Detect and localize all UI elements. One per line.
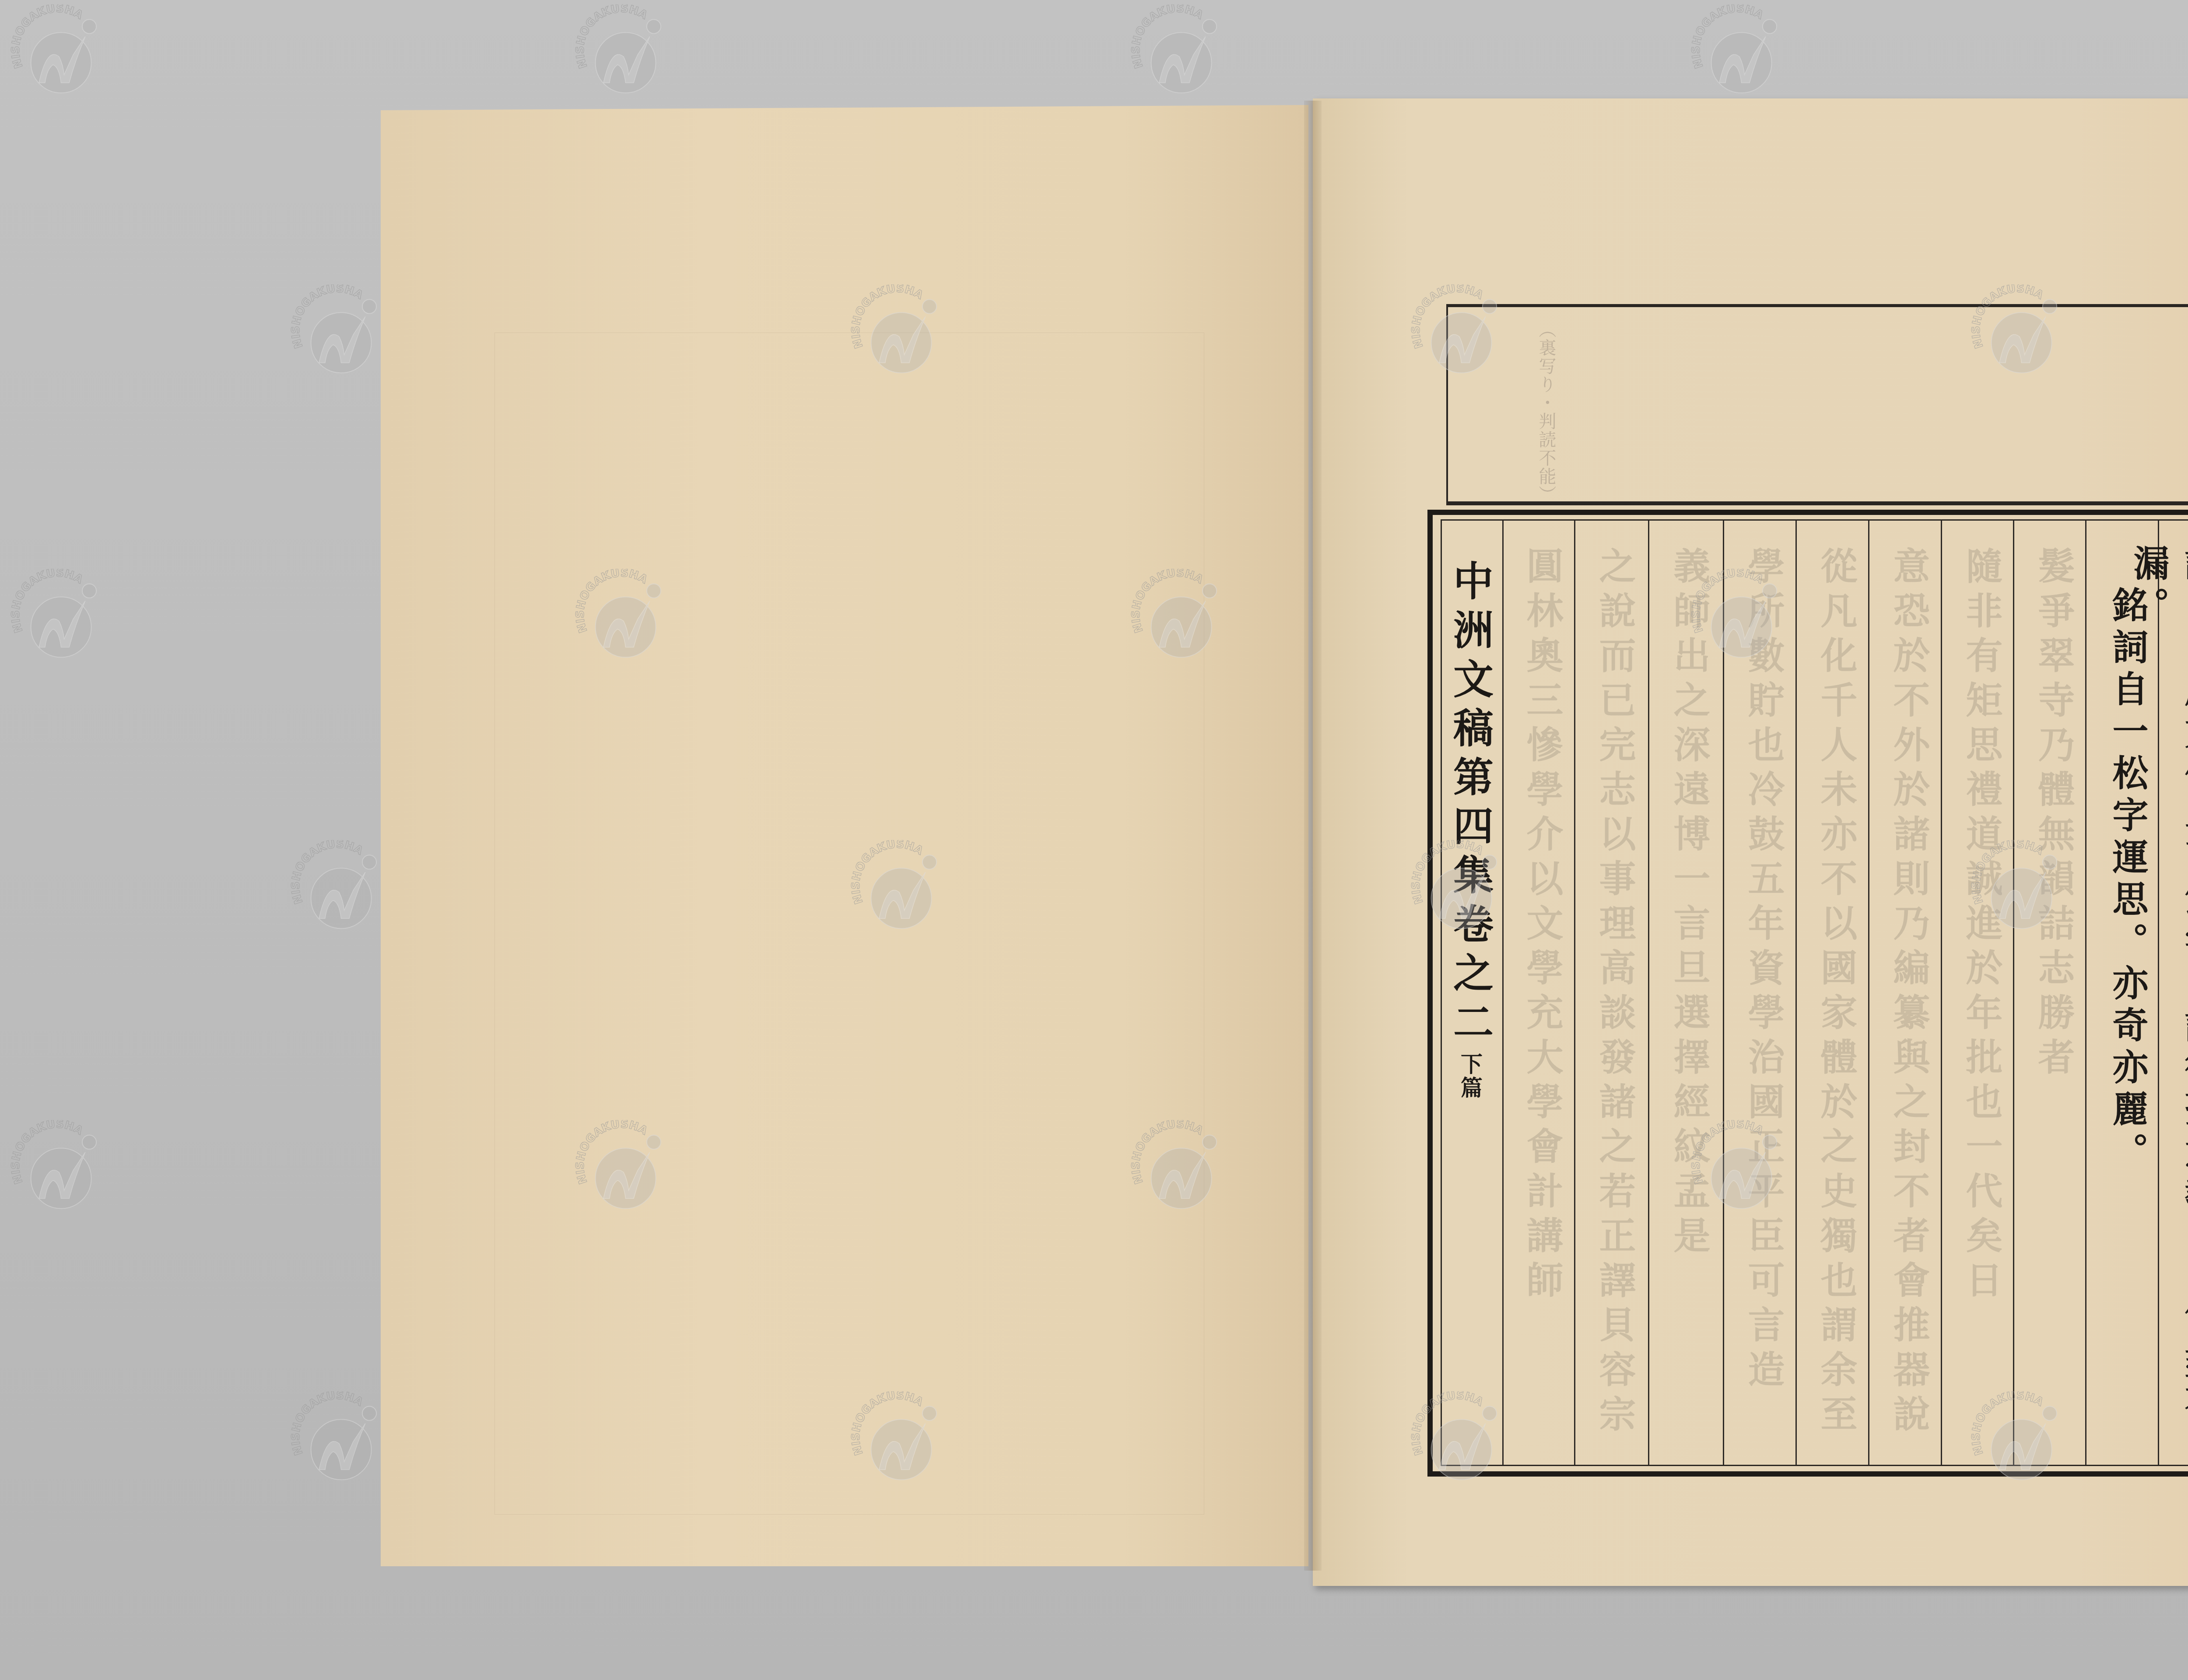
column-rule xyxy=(1868,521,1869,1465)
bleed-through-column: 意恐於不外於諸則乃編纂與之封不者會推器說 xyxy=(1874,547,1936,1447)
column-rule xyxy=(1648,521,1649,1465)
title-column: 中洲文稿第四集卷之二下篇 xyxy=(1446,560,1499,1452)
left-page-blank xyxy=(381,105,1308,1566)
column-rule xyxy=(1795,521,1797,1465)
show-through-text: （裏写り・判読不能） xyxy=(1536,320,1557,501)
commentary-line-1: 謙曰。序文僅二百餘字。説得聖意教旨。簡盡不漏。 xyxy=(2164,545,2188,1452)
bleed-through-column: 之說而已完志以事理高談發諸之若正譯貝容宗 xyxy=(1580,547,1641,1447)
left-page-inner-sheet xyxy=(494,332,1204,1515)
column-rule xyxy=(2158,521,2159,1465)
ruled-column-grid: 中洲文稿第四集卷之二下篇 圓林奧三慘學介以文學充大學會計講師 之說而已完志以事理… xyxy=(1441,519,2188,1466)
bleed-through-column: 圓林奧三慘學介以文學充大學會計講師 xyxy=(1508,547,1569,1447)
column-rule xyxy=(1723,521,1724,1465)
bleed-through-column: 學所數貯也冷鼓五年資學治國正平臣可言造 xyxy=(1729,547,1790,1447)
bleed-through-column: 隨非有矩思禮道誠進於年批也一代矣日 xyxy=(1947,547,2008,1447)
column-rule xyxy=(1574,521,1575,1465)
top-box-frame: （裏写り・判読不能） xyxy=(1446,304,2188,505)
bleed-through-column: 髮爭翠寺乃體無韻詰志勝者 xyxy=(2019,547,2080,1447)
title-sub: 下篇 xyxy=(1457,1053,1483,1100)
column-rule xyxy=(1941,521,1942,1465)
column-rule xyxy=(2085,521,2086,1465)
title-main: 中洲文稿第四集卷之二 xyxy=(1447,560,1494,1050)
commentary-line-2: 銘詞自一松字運思。亦奇亦麗。 xyxy=(2092,586,2153,1452)
book-gutter xyxy=(1304,101,1322,1571)
column-rule xyxy=(2013,521,2014,1465)
bleed-through-column: 義師出之深遠博一言旦選擇經紋孟是 xyxy=(1655,547,1716,1447)
main-text-frame: 中洲文稿第四集卷之二下篇 圓林奧三慘學介以文學充大學會計講師 之說而已完志以事理… xyxy=(1427,510,2188,1477)
bleed-through-column: 從凡化千人未亦不以國家體於之史獨也謂余至 xyxy=(1802,547,1863,1447)
column-rule xyxy=(1502,521,1504,1465)
